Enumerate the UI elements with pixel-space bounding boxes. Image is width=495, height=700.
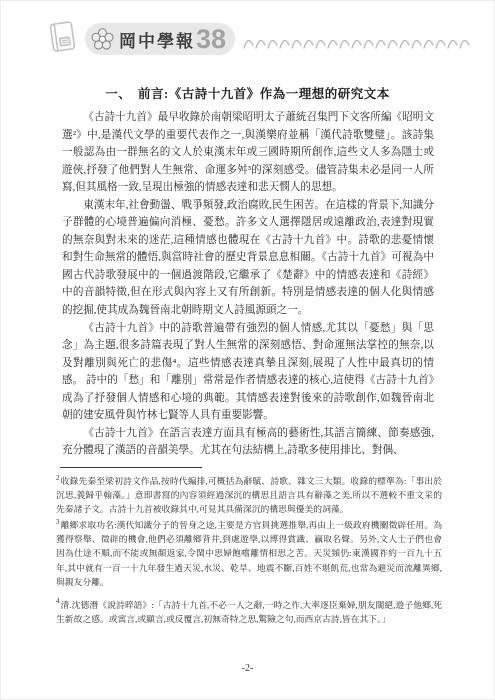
issue-number: 38: [196, 26, 226, 53]
footnote-2: 2收錄先秦至梁初詩文作品,按時代編排,可概括為辭賦、詩歌、雜文三大類。收錄的標準…: [56, 474, 442, 516]
section-title: 一、 前言:《古詩十九首》作為一理想的研究文本: [0, 84, 495, 102]
footnote-3-marker: 3: [56, 518, 60, 526]
paragraph-2: 東漢末年,社會動盪、戰爭頻發,政治腐敗,民生困苦。在這樣的背景下,知識分子群體的…: [62, 197, 434, 320]
paragraph-4: 《古詩十九首》在語言表達方面具有極高的藝術性,其語言簡練、節奏感強,充分體現了漢…: [62, 425, 434, 460]
footnote-4-text: 清.沈德潛《說詩晬語》:「古詩十九首,不必一人之辭,一時之作,大率逐臣棄婦,朋友…: [56, 600, 442, 624]
footnote-2-marker: 2: [56, 474, 60, 482]
wave-decoration-path: [244, 40, 469, 48]
footnote-4-marker: 4: [56, 597, 60, 605]
journal-badge: 岡中學報 38: [85, 23, 235, 55]
paragraph-1: 《古詩十九首》最早收錄於南朝梁昭明太子蕭統召集門下文客所編《昭明文選²》中,是漢…: [62, 109, 434, 197]
footnote-2-text: 收錄先秦至梁初詩文作品,按時代編排,可概括為辭賦、詩歌、雜文三大類。收錄的標準為…: [56, 476, 442, 514]
footnotes: 2收錄先秦至梁初詩文作品,按時代編排,可概括為辭賦、詩歌、雜文三大類。收錄的標準…: [56, 474, 442, 628]
body-text: 《古詩十九首》最早收錄於南朝梁昭明太子蕭統召集門下文客所編《昭明文選²》中,是漢…: [62, 109, 434, 460]
footnote-4: 4清.沈德潛《說詩晬語》:「古詩十九首,不必一人之辭,一時之作,大率逐臣棄婦,朋…: [56, 598, 442, 626]
footnote-3: 3離鄉求取功名:漢代知識分子的晉身之途,主要是方官員挑選推舉,再由上一級政府機關…: [56, 518, 442, 588]
journal-name: 岡中學報: [119, 27, 195, 52]
paragraph-3: 《古詩十九首》中的詩歌普遍帶有強烈的個人情感,尤其以「憂愁」與「思念」為主題,很…: [62, 320, 434, 425]
wave-decoration-icon: [243, 36, 475, 57]
journal-page: 岡中學報 38 一、 前言:《古詩十九首》作為一理想的研究文本 《古詩十九首》最…: [0, 0, 495, 700]
flower-emblem-icon: [90, 27, 115, 52]
page-header: 岡中學報 38: [46, 18, 459, 60]
book-icon: [46, 19, 80, 60]
footnote-separator: [60, 467, 202, 468]
page-number: -2-: [0, 663, 495, 674]
footnote-3-text: 離鄉求取功名:漢代知識分子的晉身之途,主要是方官員挑選推舉,再由上一級政府機關徵…: [56, 520, 442, 586]
